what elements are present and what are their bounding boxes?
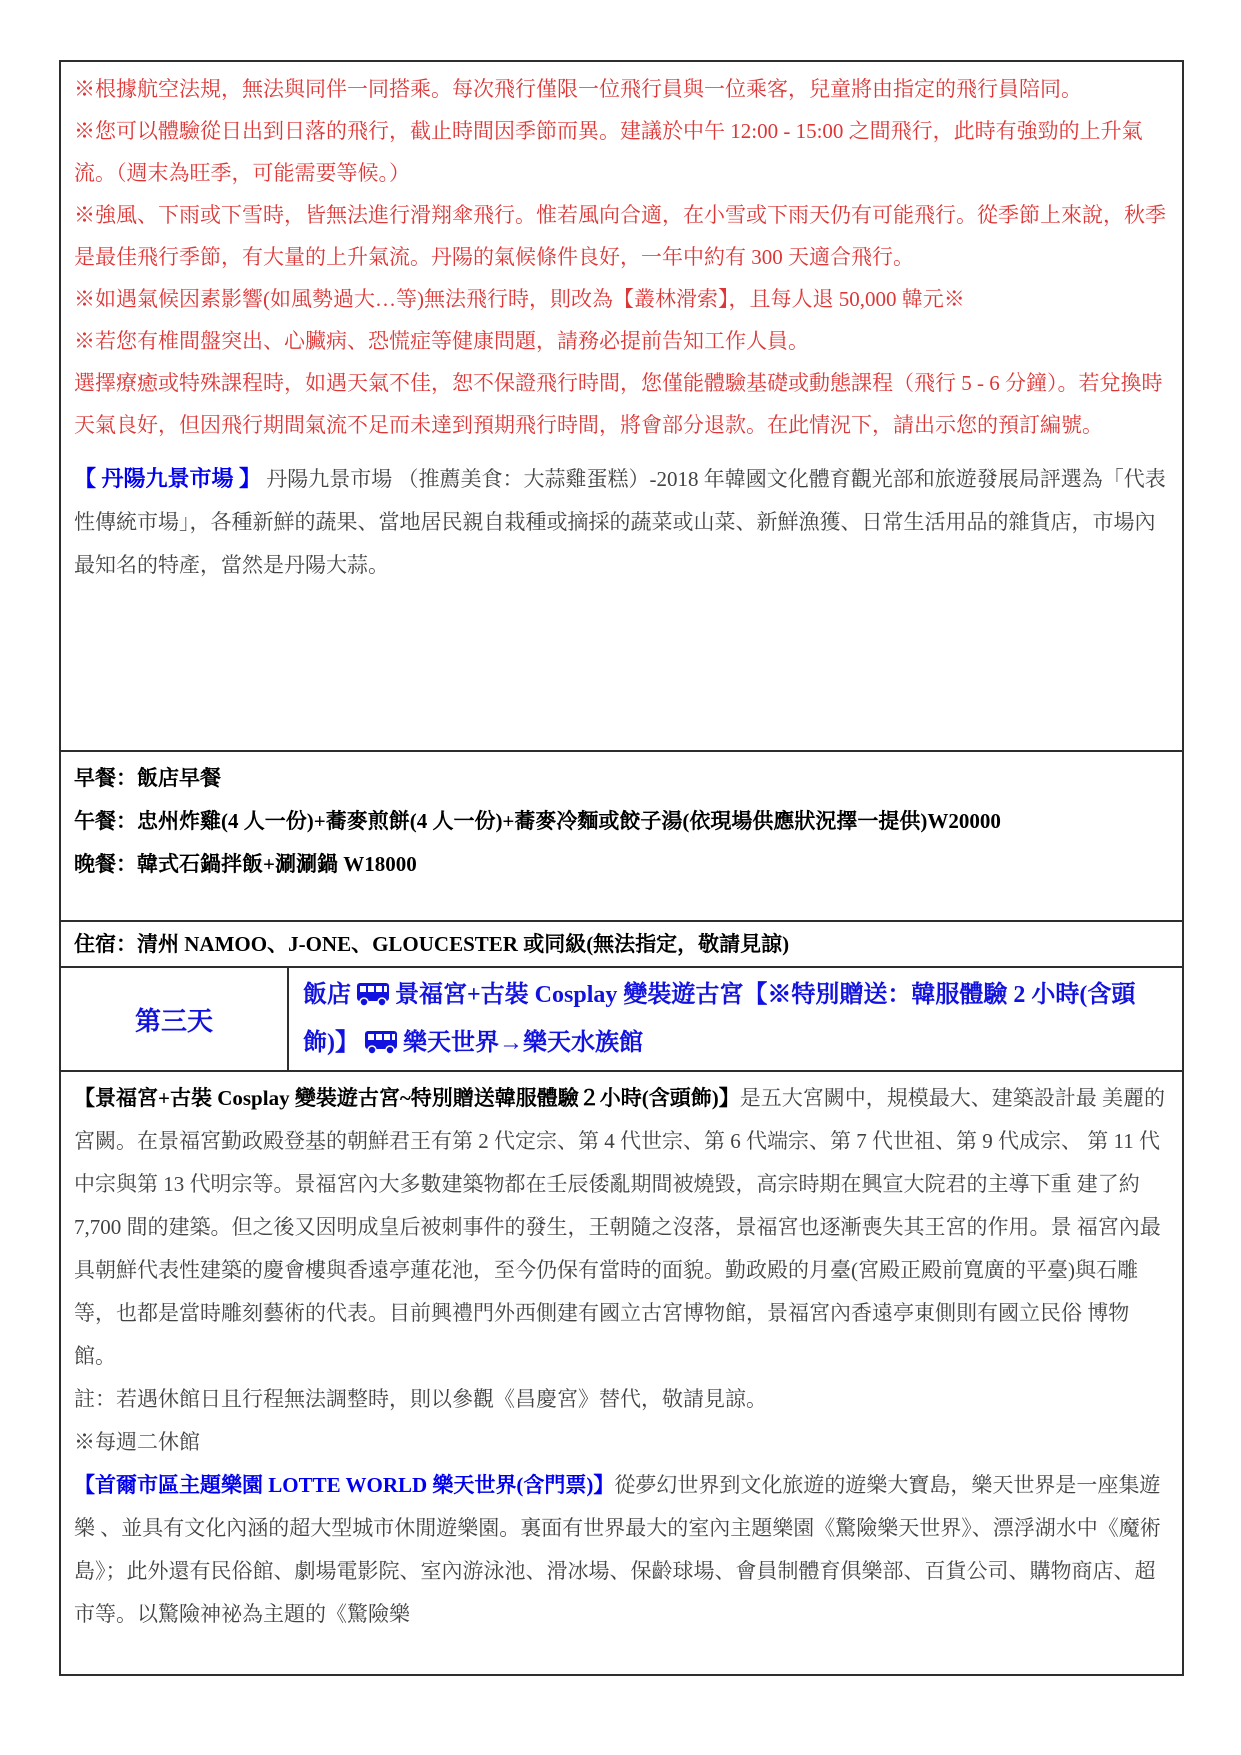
itinerary-document: ※根據航空法規，無法與同伴一同搭乘。每次飛行僅限一位飛行員與一位乘客，兒童將由指… — [59, 60, 1184, 1676]
description-section: 【景福宮+古裝 Cosplay 變裝遊古宮~特別贈送韓服體驗２小時(含頭飾)】是… — [61, 1070, 1182, 1674]
bus-icon — [356, 981, 390, 1007]
day3-label-cell: 第三天 — [61, 968, 289, 1070]
lodging-line: 住宿：清州 NAMOO、J-ONE、GLOUCESTER 或同級(無法指定，敬請… — [74, 922, 1169, 966]
lotte-heading: 【首爾市區主題樂園 LOTTE WORLD 樂天世界(含門票)】 — [74, 1473, 614, 1497]
bus-icon — [364, 1029, 398, 1055]
palace-closed-note: 註：若遇休館日且行程無法調整時，則以參觀《昌慶宮》替代，敬請見諒。 — [74, 1378, 1169, 1421]
note-paragraph: ※如遇氣候因素影響(如風勢過大…等)無法飛行時，則改為【叢林滑索】，且每人退 5… — [74, 278, 1169, 320]
lodging-section: 住宿：清州 NAMOO、J-ONE、GLOUCESTER 或同級(無法指定，敬請… — [61, 920, 1182, 966]
palace-paragraph: 【景福宮+古裝 Cosplay 變裝遊古宮~特別贈送韓服體驗２小時(含頭飾)】是… — [74, 1077, 1169, 1378]
palace-body: 是五大宮闕中，規模最大、建築設計最 美麗的宮闕。在景福宮勤政殿登基的朝鮮君王有第… — [74, 1086, 1165, 1368]
day3-row: 第三天 飯店景福宮+古裝 Cosplay 變裝遊古宮【※特別贈送：韓服體驗 2 … — [61, 966, 1182, 1070]
breakfast-line: 早餐：飯店早餐 — [74, 757, 1169, 800]
day3-to: 樂天世界→樂天水族館 — [403, 1030, 643, 1056]
palace-weekly-closed-note: ※每週二休館 — [74, 1421, 1169, 1464]
lunch-line: 午餐：忠州炸雞(4 人一份)+蕎麥煎餅(4 人一份)+蕎麥冷麵或餃子湯(依現場供… — [74, 800, 1169, 843]
day3-itinerary-cell: 飯店景福宮+古裝 Cosplay 變裝遊古宮【※特別贈送：韓服體驗 2 小時(含… — [289, 968, 1182, 1070]
note-paragraph: ※根據航空法規，無法與同伴一同搭乘。每次飛行僅限一位飛行員與一位乘客，兒童將由指… — [74, 68, 1169, 110]
day3-from: 飯店 — [303, 982, 351, 1008]
lotte-paragraph: 【首爾市區主題樂園 LOTTE WORLD 樂天世界(含門票)】從夢幻世界到文化… — [74, 1464, 1169, 1636]
palace-heading: 【景福宮+古裝 Cosplay 變裝遊古宮~特別贈送韓服體驗２小時(含頭飾)】 — [74, 1086, 740, 1110]
flight-notes-section: ※根據航空法規，無法與同伴一同搭乘。每次飛行僅限一位飛行員與一位乘客，兒童將由指… — [61, 62, 1182, 750]
market-heading: 【 丹陽九景市場 】 — [74, 466, 261, 491]
note-paragraph: ※您可以體驗從日出到日落的飛行，截止時間因季節而異。建議於中午 12:00 - … — [74, 110, 1169, 194]
meals-section: 早餐：飯店早餐 午餐：忠州炸雞(4 人一份)+蕎麥煎餅(4 人一份)+蕎麥冷麵或… — [61, 750, 1182, 920]
note-paragraph: 選擇療癒或特殊課程時，如遇天氣不佳，恕不保證飛行時間，您僅能體驗基礎或動態課程（… — [74, 362, 1169, 446]
note-paragraph: ※若您有椎間盤突出、心臟病、恐慌症等健康問題，請務必提前告知工作人員。 — [74, 320, 1169, 362]
market-paragraph: 【 丹陽九景市場 】 丹陽九景市場 （推薦美食：大蒜雞蛋糕）-2018 年韓國文… — [74, 457, 1169, 587]
note-paragraph: ※強風、下雨或下雪時，皆無法進行滑翔傘飛行。惟若風向合適，在小雪或下雨天仍有可能… — [74, 194, 1169, 278]
dinner-line: 晚餐：韓式石鍋拌飯+涮涮鍋 W18000 — [74, 843, 1169, 886]
day3-label: 第三天 — [135, 1001, 213, 1038]
